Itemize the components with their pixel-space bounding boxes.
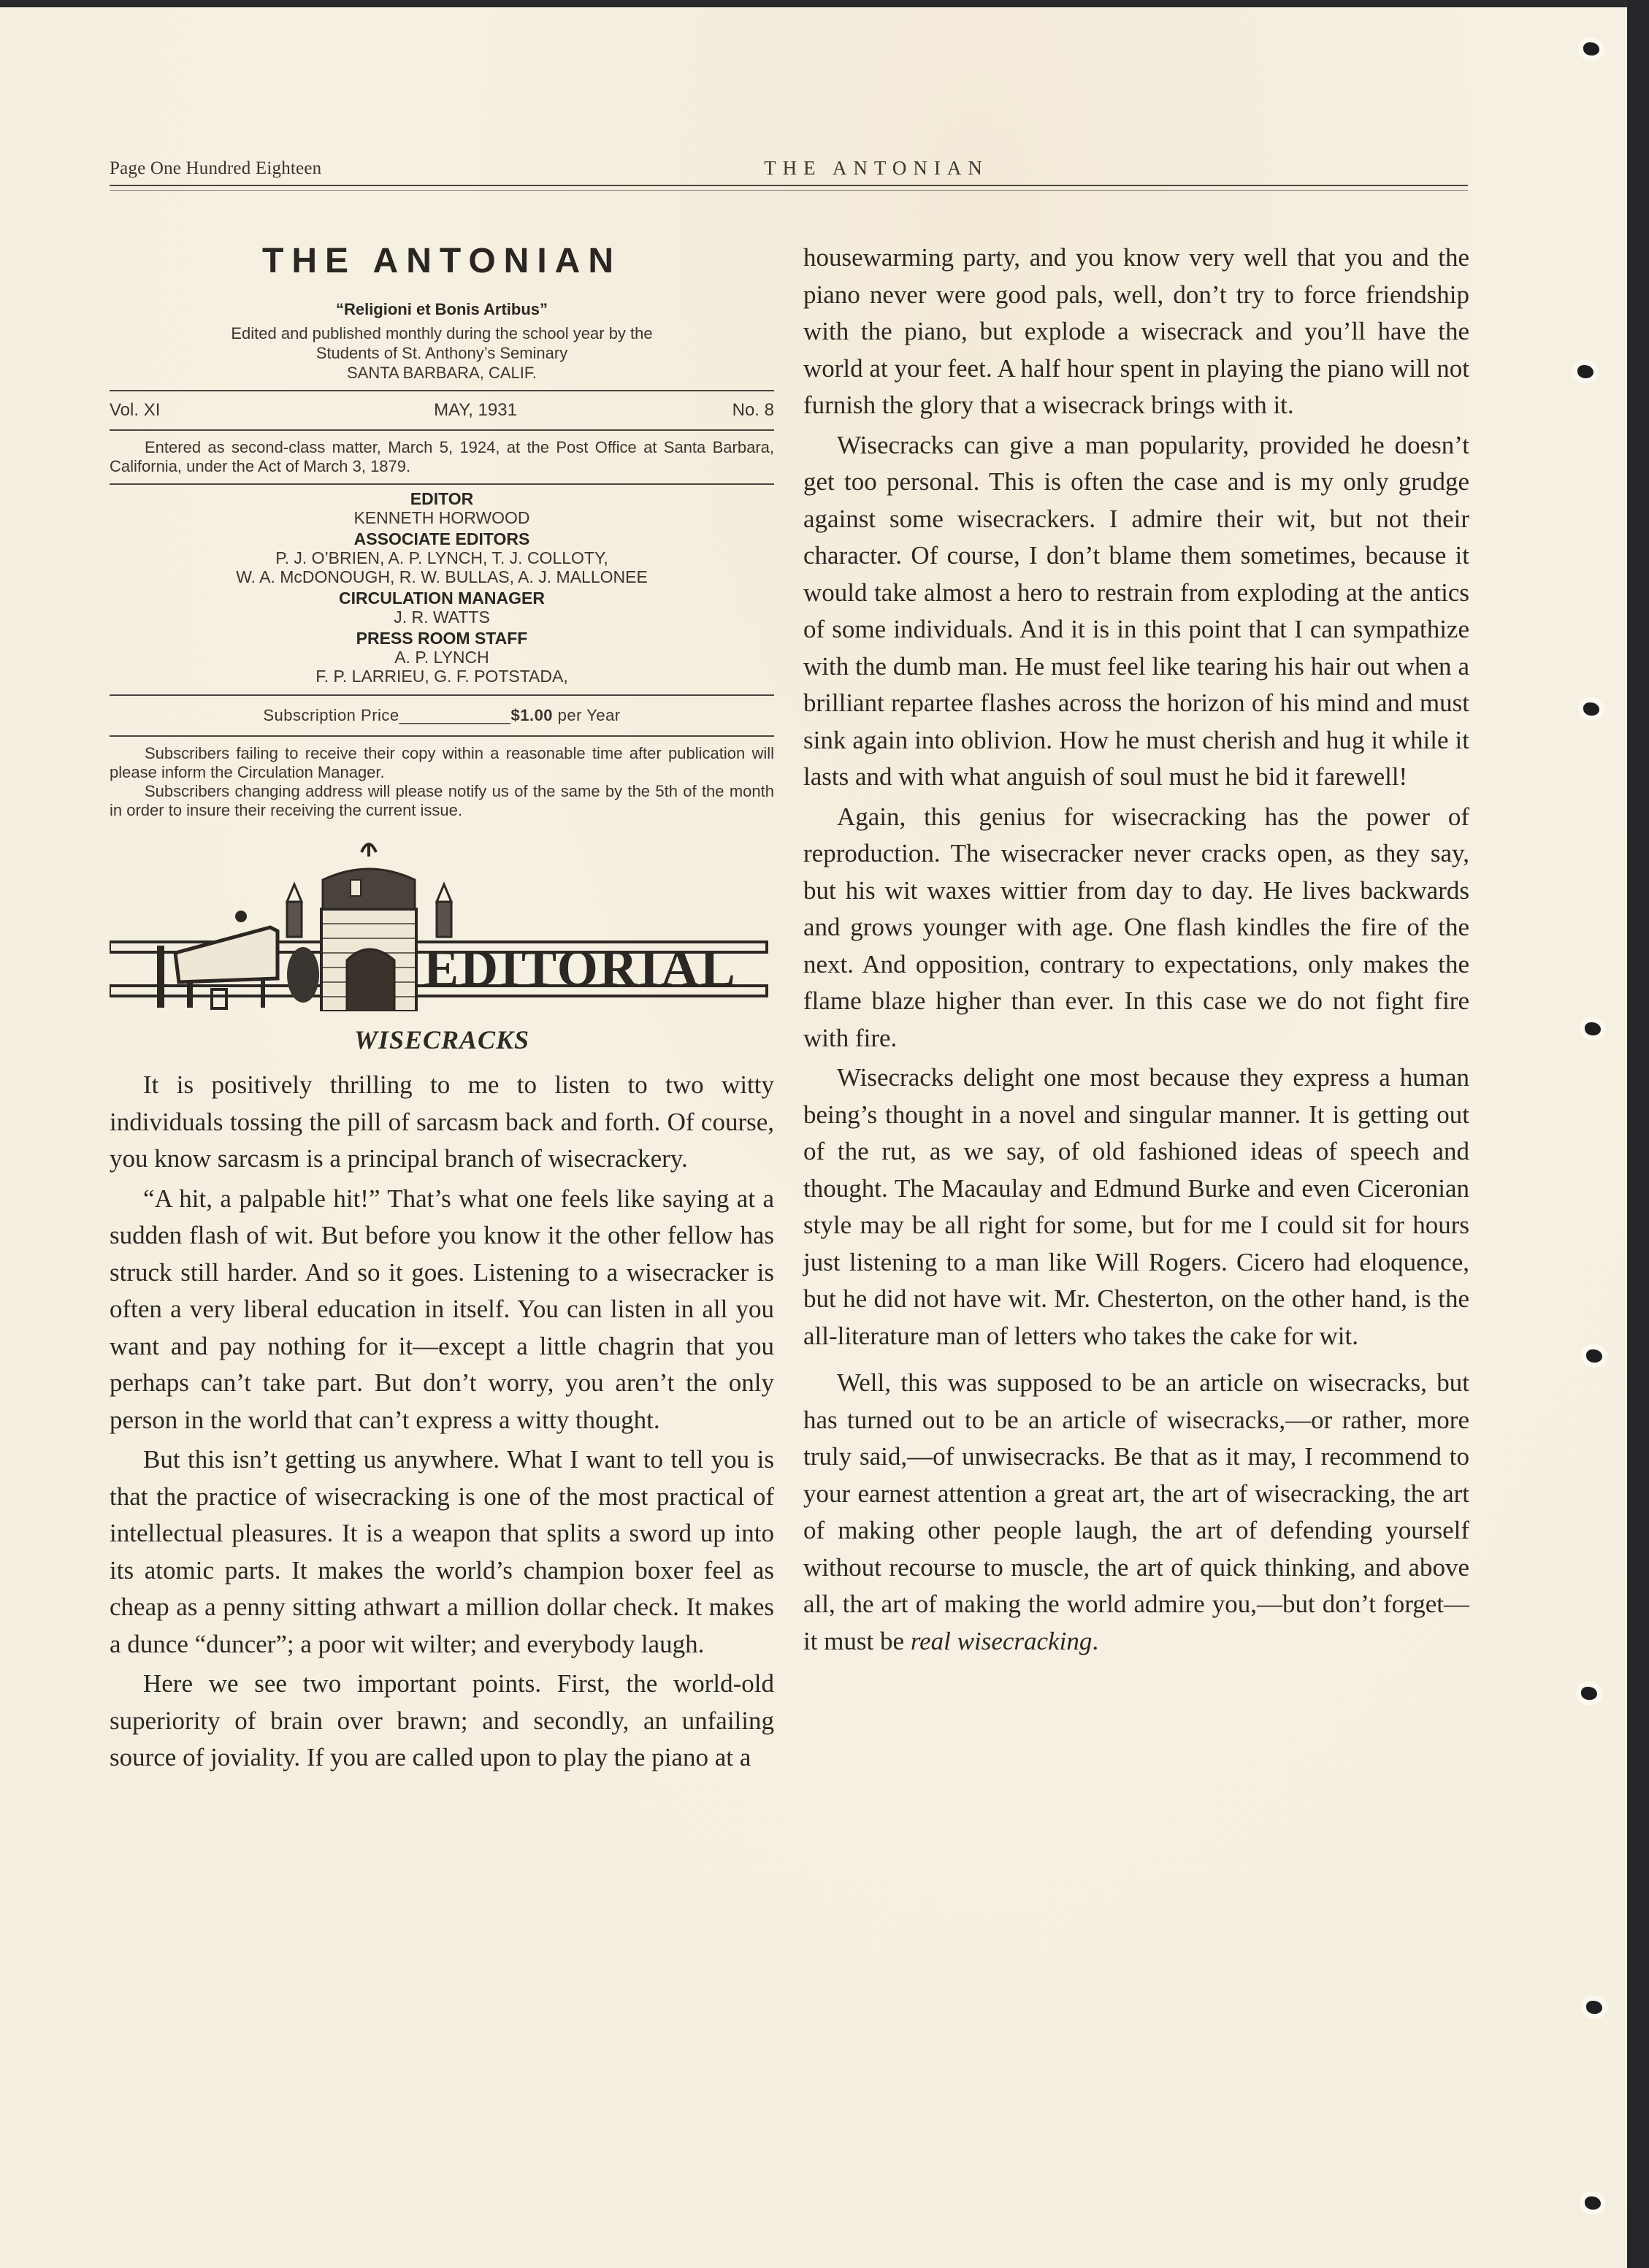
binding-hole-icon <box>1583 702 1599 716</box>
binding-hole-icon <box>1581 1687 1597 1700</box>
paragraph: Wisecracks delight one most because they… <box>803 1060 1469 1355</box>
article-body-right: housewarming party, and you know very we… <box>803 240 1469 1663</box>
staff-name: J. R. WATTS <box>110 608 774 627</box>
issue-date: MAY, 1931 <box>434 400 517 421</box>
header-rule <box>110 185 1468 186</box>
scan-right-edge <box>1627 0 1649 2268</box>
closing-paragraph: Well, this was supposed to be an article… <box>803 1365 1469 1660</box>
divider <box>110 390 774 391</box>
binding-hole-icon <box>1585 1022 1601 1035</box>
staff-name: W. A. McDONOUGH, R. W. BULLAS, A. J. MAL… <box>110 567 774 586</box>
divider <box>110 483 774 485</box>
staff-name: P. J. O’BRIEN, A. P. LYNCH, T. J. COLLOT… <box>110 548 774 567</box>
binding-hole-icon <box>1585 2196 1601 2210</box>
paragraph: “A hit, a palpable hit!” That’s what one… <box>110 1181 774 1439</box>
postal-entry-notice: Entered as second-class matter, March 5,… <box>110 438 774 476</box>
paragraph: But this isn’t getting us anywhere. What… <box>110 1441 774 1663</box>
paragraph: It is positively thrilling to me to list… <box>110 1067 774 1178</box>
paragraph: Here we see two important points. First,… <box>110 1666 774 1777</box>
divider <box>110 694 774 696</box>
header-rule-thin <box>110 190 1468 191</box>
staff-list: EDITOR KENNETH HORWOOD ASSOCIATE EDITORS… <box>110 489 774 686</box>
binding-hole-icon <box>1577 365 1593 378</box>
staff-name: A. P. LYNCH <box>110 648 774 667</box>
editorial-banner-illustration: EDITORIAL <box>110 836 774 1011</box>
binding-hole-icon <box>1583 42 1599 55</box>
masthead-location: SANTA BARBARA, CALIF. <box>110 363 774 383</box>
running-header: Page One Hundred Eighteen THE ANTONIAN <box>110 150 1468 194</box>
masthead-publisher-line: Students of St. Anthony’s Seminary <box>110 343 774 363</box>
divider <box>110 735 774 737</box>
page-number-label: Page One Hundred Eighteen <box>110 158 321 179</box>
staff-name: F. P. LARRIEU, G. F. POTSTADA, <box>110 667 774 686</box>
issue-info-row: Vol. XI MAY, 1931 No. 8 <box>110 399 774 422</box>
publication-running-title: THE ANTONIAN <box>694 157 1059 180</box>
masthead-motto: “Religioni et Bonis Artibus” <box>110 300 774 319</box>
divider <box>110 429 774 431</box>
emphasis: real wisecracking <box>911 1627 1093 1655</box>
article-title: WISECRACKS <box>110 1024 774 1055</box>
binding-hole-icon <box>1586 1349 1602 1363</box>
staff-role: ASSOCIATE EDITORS <box>110 529 774 548</box>
volume-label: Vol. XI <box>110 400 160 421</box>
subscriber-notices: Subscribers failing to receive their cop… <box>110 744 774 820</box>
subscription-price-line: Subscription Price____________$1.00 per … <box>110 703 774 728</box>
binding-hole-icon <box>1586 2001 1602 2014</box>
paragraph: Again, this genius for wisecracking has … <box>803 799 1469 1057</box>
editorial-gate-icon: EDITORIAL <box>110 836 774 1011</box>
masthead-title: THE ANTONIAN <box>110 241 774 281</box>
staff-role: EDITOR <box>110 489 774 508</box>
staff-role: CIRCULATION MANAGER <box>110 589 774 608</box>
article-body-left: It is positively thrilling to me to list… <box>110 1067 774 1777</box>
issue-number: No. 8 <box>732 400 774 421</box>
staff-name: KENNETH HORWOOD <box>110 508 774 527</box>
scan-top-edge <box>0 0 1649 7</box>
paragraph-continuation: housewarming party, and you know very we… <box>803 240 1469 424</box>
paragraph: Wisecracks can give a man popularity, pr… <box>803 427 1469 796</box>
masthead-publisher-line: Edited and published monthly during the … <box>110 323 774 343</box>
svg-text:EDITORIAL: EDITORIAL <box>424 939 737 997</box>
staff-role: PRESS ROOM STAFF <box>110 629 774 648</box>
left-column: THE ANTONIAN “Religioni et Bonis Artibus… <box>110 234 774 1779</box>
